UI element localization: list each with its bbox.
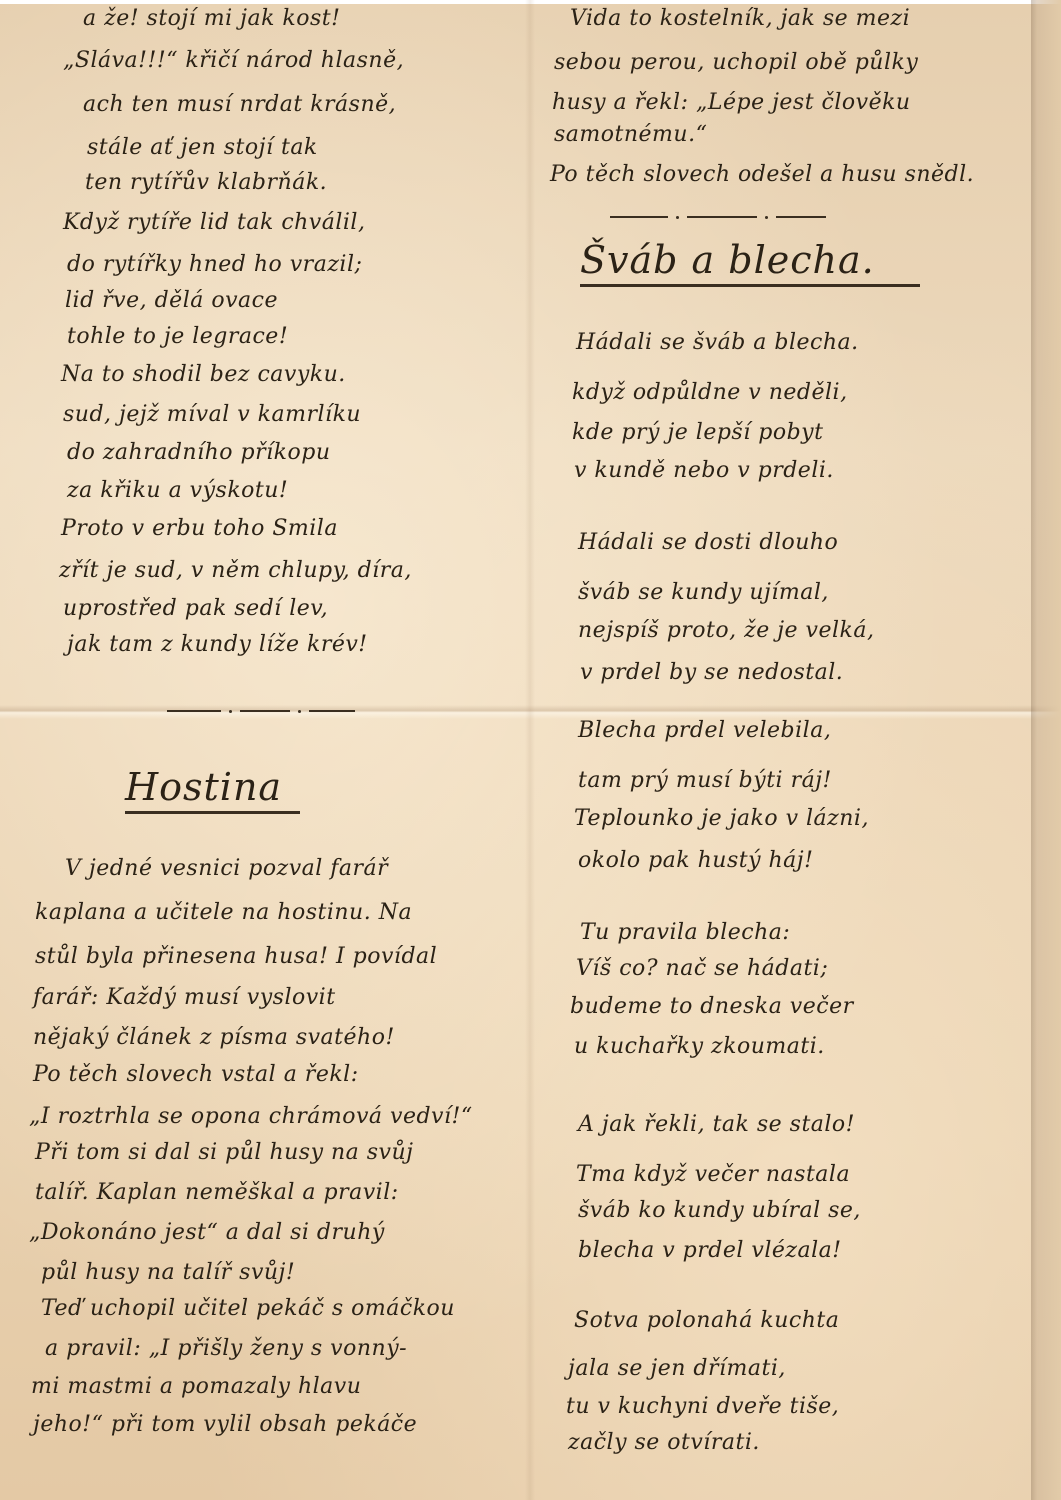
text-line: jak tam z kundy líže krév! bbox=[67, 632, 368, 657]
section-title-hostina: Hostina bbox=[125, 765, 300, 814]
text-line: „Dokonáno jest“ a dal si druhý bbox=[29, 1220, 385, 1245]
text-line: Když rytíře lid tak chválil, bbox=[63, 210, 365, 235]
text-line: budeme to dneska večer bbox=[570, 994, 854, 1019]
text-line: půl husy na talíř svůj! bbox=[41, 1260, 295, 1285]
text-line: okolo pak hustý háj! bbox=[578, 848, 813, 873]
text-line: a pravil: „I přišly ženy s vonný- bbox=[45, 1336, 407, 1361]
text-line: tohle to je legrace! bbox=[67, 324, 288, 349]
text-line: za křiku a výskotu! bbox=[67, 478, 288, 503]
text-line: lid řve, dělá ovace bbox=[65, 288, 278, 313]
text-line: nejspíš proto, že je velká, bbox=[578, 618, 874, 643]
text-line: zřít je sud, v něm chlupy, díra, bbox=[59, 558, 412, 583]
section-divider bbox=[610, 216, 826, 218]
text-line: „Sláva!!!“ křičí národ hlasně, bbox=[63, 48, 404, 73]
text-line: samotnému.“ bbox=[554, 122, 707, 147]
text-line: blecha v prdel vlézala! bbox=[578, 1238, 842, 1263]
text-line: uprostřed pak sedí lev, bbox=[63, 596, 328, 621]
text-line: talíř. Kaplan neměškal a pravil: bbox=[35, 1180, 399, 1205]
text-line: Víš co? nač se hádati; bbox=[576, 956, 828, 981]
text-line: stůl byla přinesena husa! I povídal bbox=[35, 944, 437, 969]
text-line: jeho!“ při tom vylil obsah pekáče bbox=[33, 1412, 417, 1437]
text-line: jala se jen dřímati, bbox=[568, 1356, 786, 1381]
text-line: A jak řekli, tak se stalo! bbox=[578, 1112, 855, 1137]
text-line: kaplana a učitele na hostinu. Na bbox=[35, 900, 412, 925]
text-line: husy a řekl: „Lépe jest člověku bbox=[552, 90, 911, 115]
text-line: do rytířky hned ho vrazil; bbox=[67, 252, 362, 277]
text-line: Na to shodil bez cavyku. bbox=[61, 362, 346, 387]
text-line: když odpůldne v neděli, bbox=[572, 380, 848, 405]
text-line: začly se otvírati. bbox=[568, 1430, 760, 1455]
section-title-svab-a-blecha: Šváb a blecha. bbox=[580, 238, 920, 287]
text-line: kde prý je lepší pobyt bbox=[572, 420, 823, 445]
text-line: „I roztrhla se opona chrámová vedví!“ bbox=[29, 1104, 473, 1129]
section-divider bbox=[167, 710, 355, 712]
text-line: a že! stojí mi jak kost! bbox=[83, 6, 340, 31]
page-right-edge bbox=[1031, 0, 1061, 1500]
text-line: Blecha prdel velebila, bbox=[578, 718, 831, 743]
text-line: šváb ko kundy ubíral se, bbox=[578, 1198, 861, 1223]
text-line: Proto v erbu toho Smila bbox=[61, 516, 338, 541]
text-line: Při tom si dal si půl husy na svůj bbox=[35, 1140, 413, 1165]
text-line: Sotva polonahá kuchta bbox=[574, 1308, 839, 1333]
text-line: tu v kuchyni dveře tiše, bbox=[566, 1394, 839, 1419]
text-line: Teplounko je jako v lázni, bbox=[574, 806, 869, 831]
text-line: Hádali se dosti dlouho bbox=[578, 530, 838, 555]
text-line: šváb se kundy ujímal, bbox=[578, 580, 829, 605]
text-line: sebou perou, uchopil obě půlky bbox=[554, 50, 918, 75]
text-line: Tma když večer nastala bbox=[576, 1162, 850, 1187]
text-line: Teď uchopil učitel pekáč s omáčkou bbox=[41, 1296, 455, 1321]
text-line: do zahradního příkopu bbox=[67, 440, 331, 465]
text-line: v kundě nebo v prdeli. bbox=[574, 458, 834, 483]
text-line: ten rytířův klabrňák. bbox=[85, 170, 327, 195]
text-line: Tu pravila blecha: bbox=[580, 920, 790, 945]
text-line: u kuchařky zkoumati. bbox=[574, 1034, 825, 1059]
text-line: nějaký článek z písma svatého! bbox=[33, 1025, 395, 1050]
text-line: V jedné vesnici pozval farář bbox=[65, 856, 388, 881]
text-line: tam prý musí býti ráj! bbox=[578, 768, 832, 793]
text-line: ach ten musí nrdat krásně, bbox=[83, 92, 396, 117]
text-line: v prdel by se nedostal. bbox=[580, 660, 843, 685]
text-line: mi mastmi a pomazaly hlavu bbox=[31, 1374, 361, 1399]
text-line: Po těch slovech odešel a husu snědl. bbox=[550, 162, 974, 187]
text-line: Po těch slovech vstal a řekl: bbox=[33, 1062, 359, 1087]
text-line: stále ať jen stojí tak bbox=[87, 135, 318, 160]
text-line: sud, jejž míval v kamrlíku bbox=[63, 402, 361, 427]
vertical-fold-crease bbox=[525, 0, 535, 1500]
text-line: Hádali se šváb a blecha. bbox=[576, 330, 859, 355]
text-line: Vida to kostelník, jak se mezi bbox=[570, 6, 910, 31]
text-line: farář: Každý musí vyslovit bbox=[33, 985, 336, 1010]
